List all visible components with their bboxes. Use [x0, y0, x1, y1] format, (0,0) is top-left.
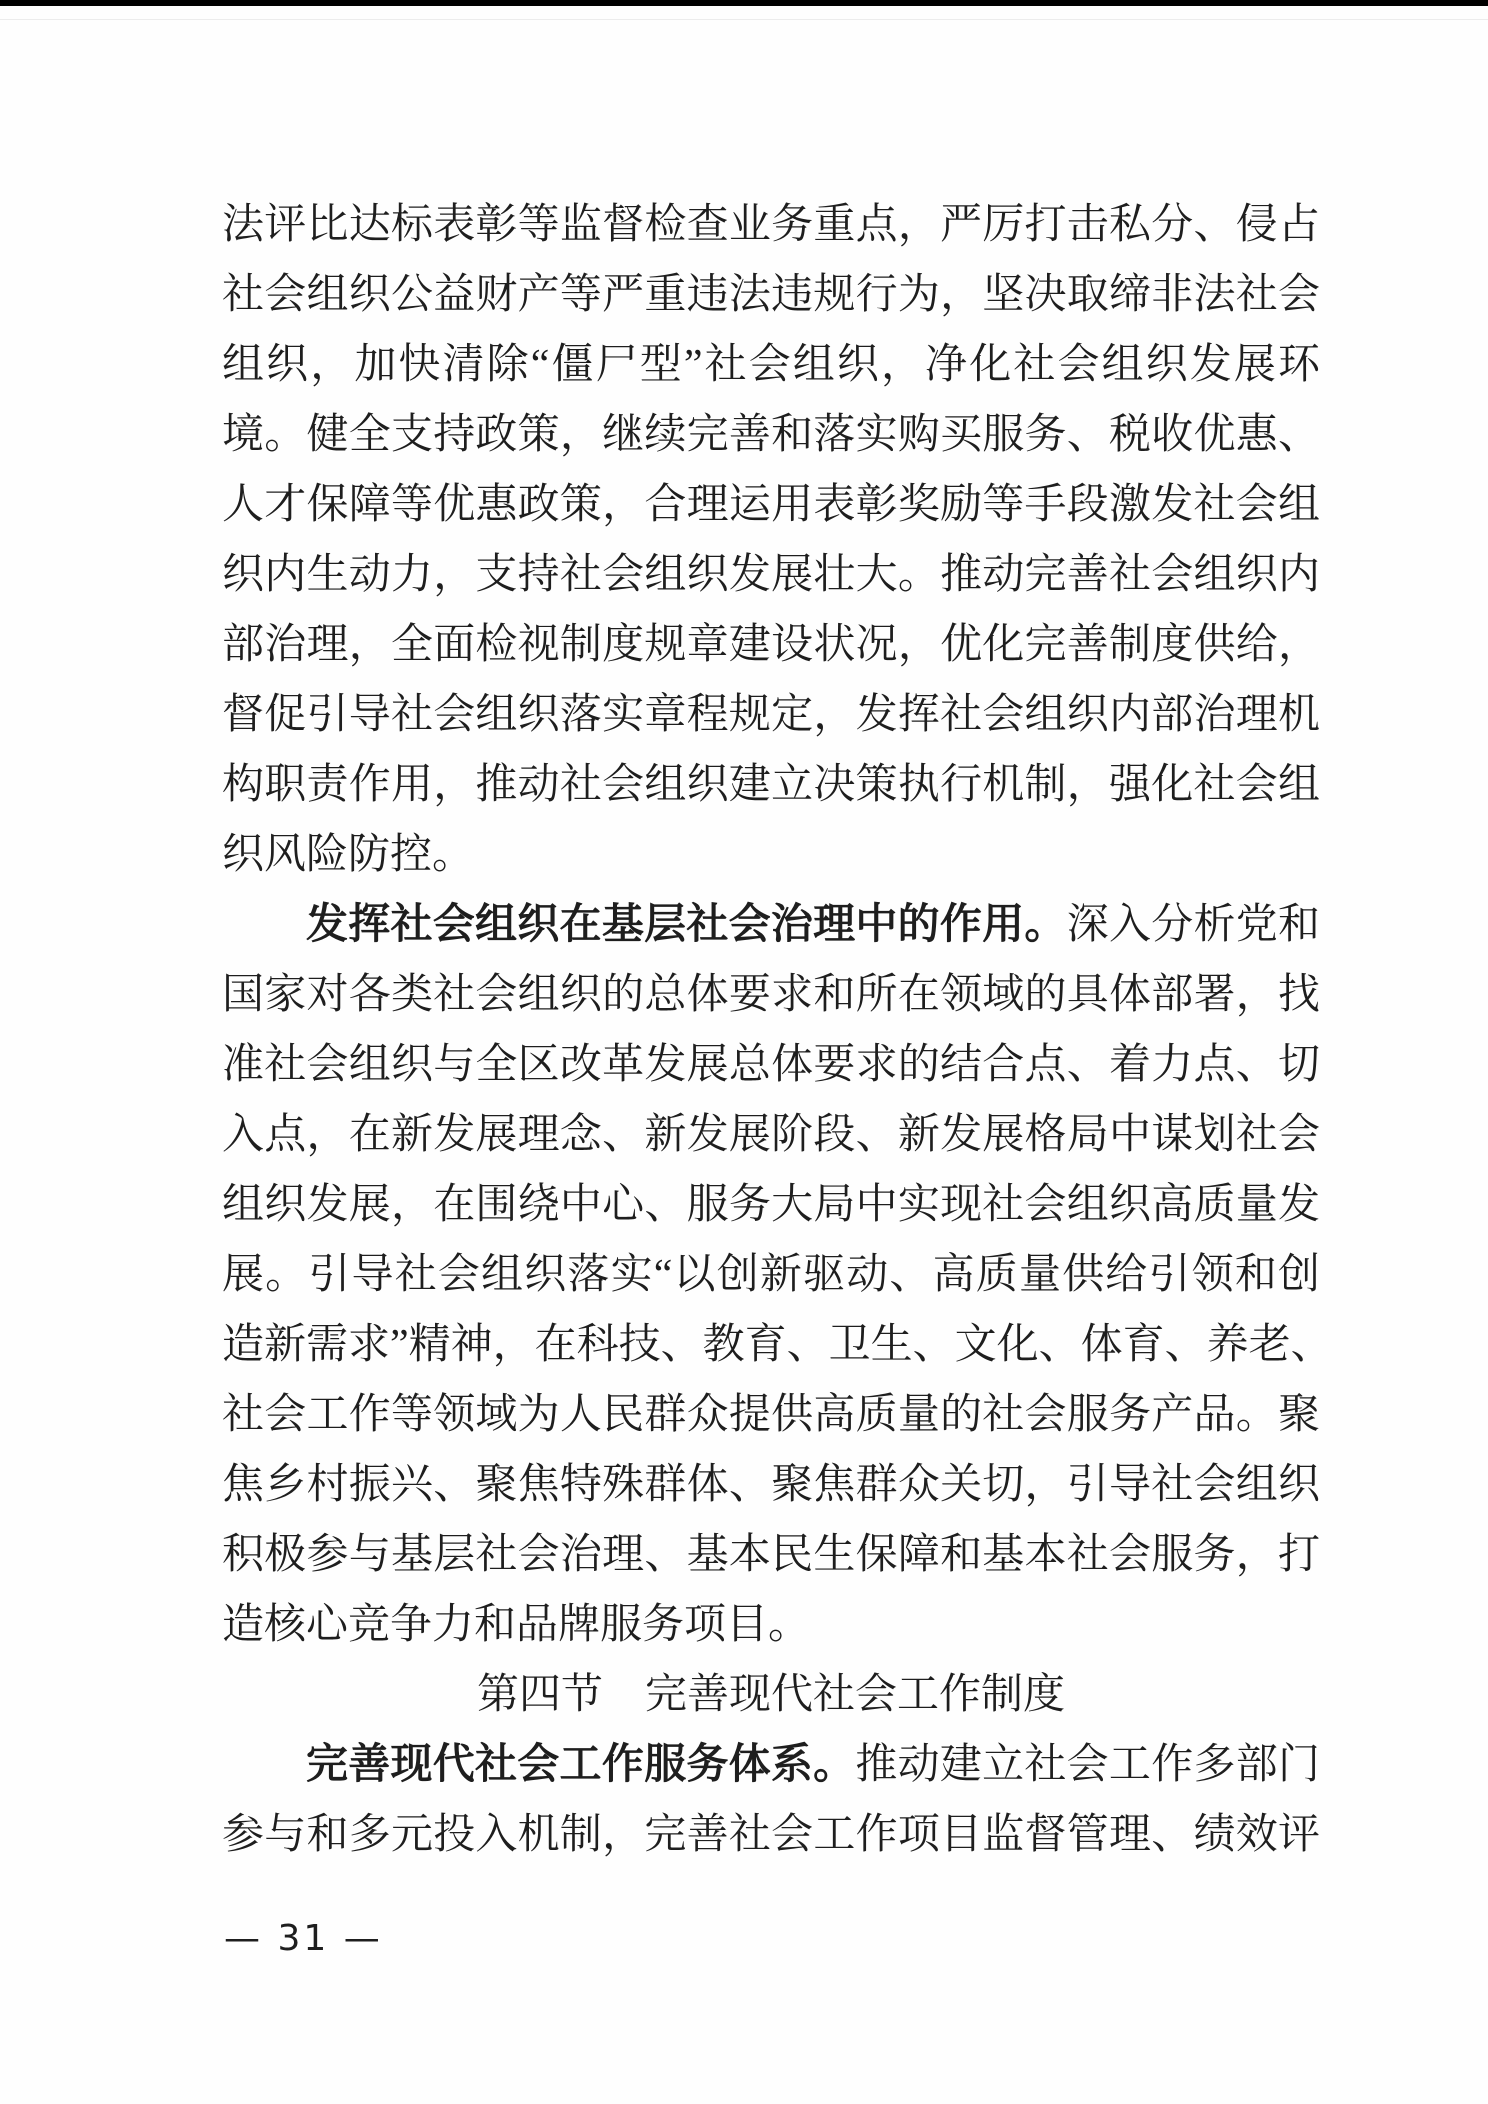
text-line: 境。健全支持政策，继续完善和落实购买服务、税收优惠、 — [222, 400, 1320, 470]
text-line: 社会工作等领域为人民群众提供高质量的社会服务产品。聚 — [222, 1380, 1320, 1450]
text-line: 入点，在新发展理念、新发展阶段、新发展格局中谋划社会 — [222, 1100, 1320, 1170]
text-line: 焦乡村振兴、聚焦特殊群体、聚焦群众关切，引导社会组织 — [222, 1450, 1320, 1520]
text-line: 完善现代社会工作服务体系。推动建立社会工作多部门 — [222, 1730, 1320, 1800]
text-line: 人才保障等优惠政策，合理运用表彰奖励等手段激发社会组 — [222, 470, 1320, 540]
text-line: 法评比达标表彰等监督检查业务重点，严厉打击私分、侵占 — [222, 190, 1320, 260]
text-line: 社会组织公益财产等严重违法违规行为，坚决取缔非法社会 — [222, 260, 1320, 330]
text-line: 造新需求”精神，在科技、教育、卫生、文化、体育、养老、 — [222, 1310, 1320, 1380]
paragraph-lead: 完善现代社会工作服务体系。 — [306, 1742, 855, 1788]
scan-hairline — [0, 19, 1488, 20]
text-line: 组织发展，在围绕中心、服务大局中实现社会组织高质量发 — [222, 1170, 1320, 1240]
section-heading: 第四节 完善现代社会工作制度 — [222, 1660, 1320, 1730]
text-line: 积极参与基层社会治理、基本民生保障和基本社会服务，打 — [222, 1520, 1320, 1590]
text-run: 深入分析党和 — [1067, 902, 1320, 948]
text-line: 造核心竞争力和品牌服务项目。 — [222, 1590, 1320, 1660]
text-line: 发挥社会组织在基层社会治理中的作用。深入分析党和 — [222, 890, 1320, 960]
text-line: 部治理，全面检视制度规章建设状况，优化完善制度供给， — [222, 610, 1320, 680]
text-line: 国家对各类社会组织的总体要求和所在领域的具体部署，找 — [222, 960, 1320, 1030]
text-line: 展。引导社会组织落实“以创新驱动、高质量供给引领和创 — [222, 1240, 1320, 1310]
text-block: 法评比达标表彰等监督检查业务重点，严厉打击私分、侵占社会组织公益财产等严重违法违… — [222, 190, 1320, 1870]
text-line: 参与和多元投入机制，完善社会工作项目监督管理、绩效评 — [222, 1800, 1320, 1870]
text-run: 推动建立社会工作多部门 — [855, 1742, 1320, 1788]
text-line: 构职责作用，推动社会组织建立决策执行机制，强化社会组 — [222, 750, 1320, 820]
text-line: 准社会组织与全区改革发展总体要求的结合点、着力点、切 — [222, 1030, 1320, 1100]
scan-top-edge — [0, 0, 1488, 6]
text-line: 组织，加快清除“僵尸型”社会组织，净化社会组织发展环 — [222, 330, 1320, 400]
text-line: 织风险防控。 — [222, 820, 1320, 890]
document-page: 法评比达标表彰等监督检查业务重点，严厉打击私分、侵占社会组织公益财产等严重违法违… — [0, 0, 1488, 2104]
page-footer: — 31 — — [224, 1918, 383, 1959]
text-line: 督促引导社会组织落实章程规定，发挥社会组织内部治理机 — [222, 680, 1320, 750]
paragraph-lead: 发挥社会组织在基层社会治理中的作用。 — [306, 902, 1067, 948]
page-number: — 31 — — [224, 1918, 383, 1959]
text-line: 织内生动力，支持社会组织发展壮大。推动完善社会组织内 — [222, 540, 1320, 610]
